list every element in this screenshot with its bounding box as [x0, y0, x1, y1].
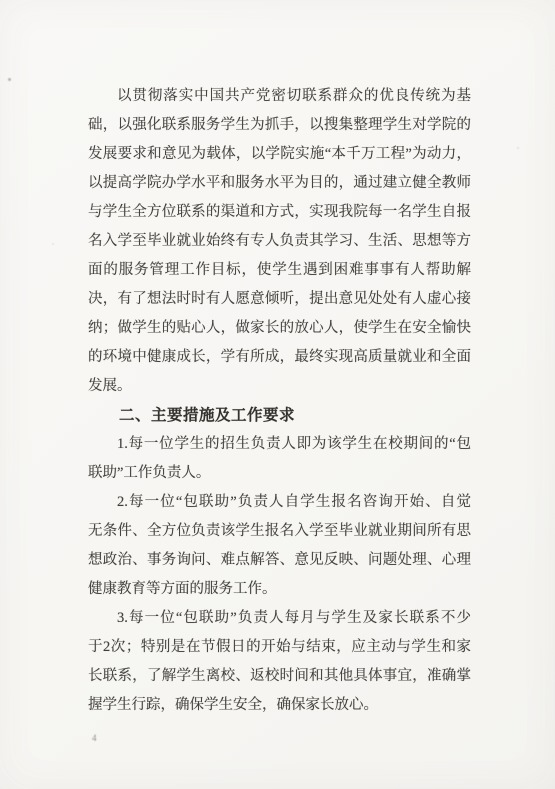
text-line: 决，有了想法时时有人愿意倾听，提出意见处处有人虚心接	[88, 285, 471, 314]
text-line: 面的服务管理工作目标，使学生遇到困难事事有人帮助解	[88, 256, 471, 285]
text-line: 3.每一位“包联助”负责人每月与学生及家长联系不少	[88, 604, 471, 633]
page-number: 4	[92, 733, 97, 743]
text-line: 健康教育等方面的服务工作。	[88, 575, 471, 604]
text-line: 发展。	[88, 372, 471, 401]
text-line: 的环境中健康成长，学有所成，最终实现高质量就业和全面	[88, 343, 471, 372]
text-line: 联助”工作负责人。	[88, 459, 471, 488]
text-line: 想政治、事务询问、难点解答、意见反映、问题处理、心理	[88, 546, 471, 575]
text-line: 纳；做学生的贴心人，做家长的放心人，使学生在安全愉快	[88, 314, 471, 343]
scan-speck	[8, 78, 11, 81]
text-line: 以贯彻落实中国共产党密切联系群众的优良传统为基	[88, 82, 471, 111]
text-line: 长联系，了解学生离校、返校时间和其他具体事宜，准确掌	[88, 662, 471, 691]
text-line: 于2次；特别是在节假日的开始与结束，应主动与学生和家	[88, 633, 471, 662]
text-line: 无条件、全方位负责该学生报名入学至毕业就业期间所有思	[88, 517, 471, 546]
scan-speck	[52, 243, 54, 245]
measure-item-3: 3.每一位“包联助”负责人每月与学生及家长联系不少 于2次；特别是在节假日的开始…	[88, 604, 471, 720]
text-line: 名入学至毕业就业始终有专人负责其学习、生活、思想等方	[88, 227, 471, 256]
section-heading-paragraph: 二、主要措施及工作要求	[88, 401, 471, 430]
document-body: 以贯彻落实中国共产党密切联系群众的优良传统为基 础，以强化联系服务学生为抓手，以…	[88, 82, 471, 720]
text-line: 握学生行踪，确保学生安全，确保家长放心。	[88, 691, 471, 720]
text-line: 以提高学院办学水平和服务水平为目的，通过建立健全教师	[88, 169, 471, 198]
document-page: 以贯彻落实中国共产党密切联系群众的优良传统为基 础，以强化联系服务学生为抓手，以…	[0, 0, 555, 789]
scan-speck	[517, 147, 519, 149]
opening-paragraph: 以贯彻落实中国共产党密切联系群众的优良传统为基 础，以强化联系服务学生为抓手，以…	[88, 82, 471, 401]
text-line: 2.每一位“包联助”负责人自学生报名咨询开始、自觉	[88, 488, 471, 517]
measure-item-2: 2.每一位“包联助”负责人自学生报名咨询开始、自觉 无条件、全方位负责该学生报名…	[88, 488, 471, 604]
text-line: 1.每一位学生的招生负责人即为该学生在校期间的“包	[88, 430, 471, 459]
measure-item-1: 1.每一位学生的招生负责人即为该学生在校期间的“包 联助”工作负责人。	[88, 430, 471, 488]
text-line: 与学生全方位联系的渠道和方式，实现我院每一名学生自报	[88, 198, 471, 227]
text-line: 础，以强化联系服务学生为抓手，以搜集整理学生对学院的	[88, 111, 471, 140]
text-line: 发展要求和意见为载体，以学院实施“本千万工程”为动力，	[88, 140, 471, 169]
section-heading: 二、主要措施及工作要求	[88, 401, 471, 430]
